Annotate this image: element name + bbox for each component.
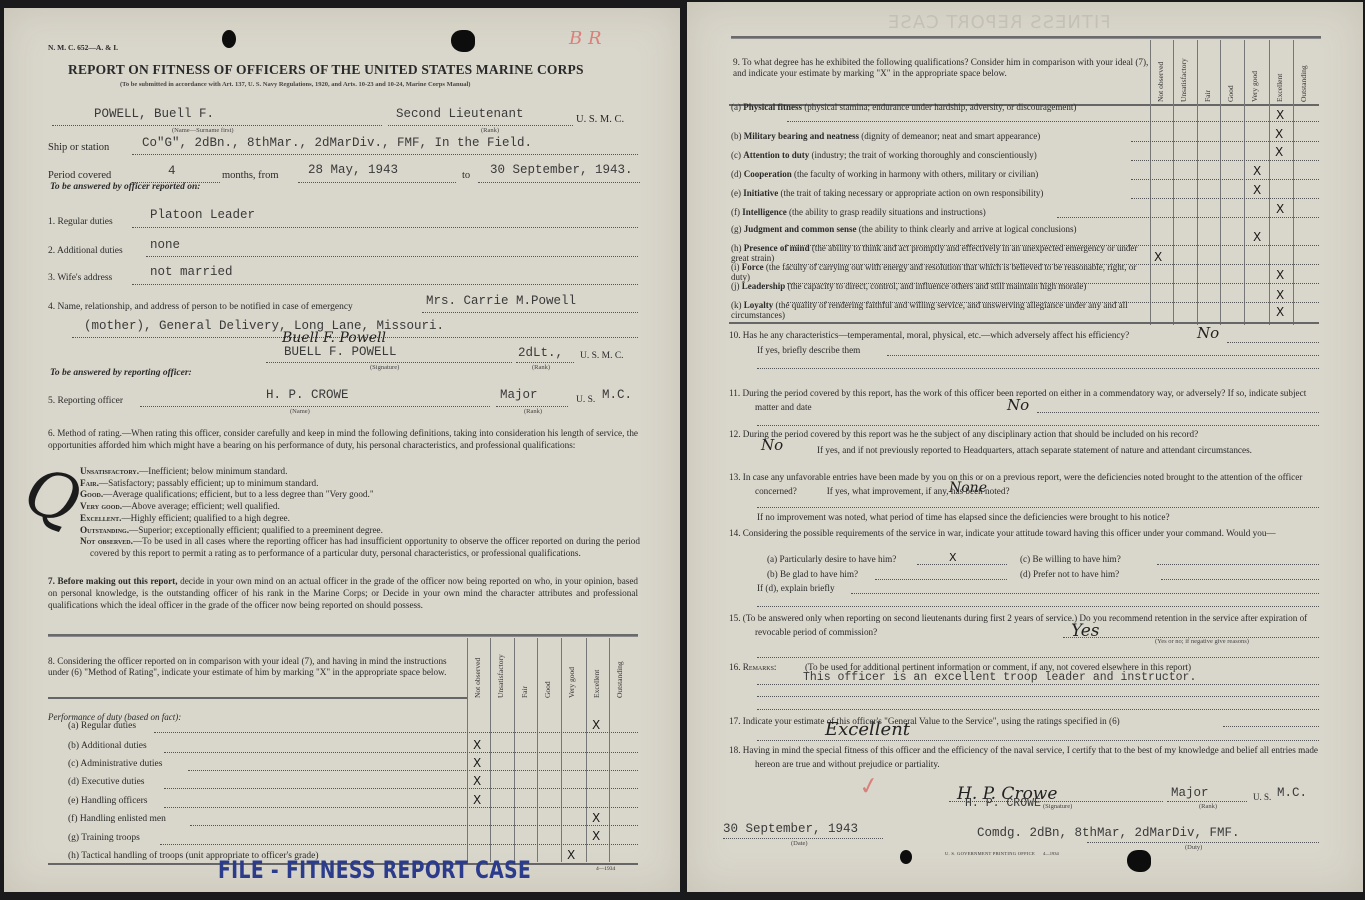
q7-instructions: 7. Before making out this report, decide… — [48, 576, 638, 611]
definition-not-observed: Not observed.—To be used in all cases wh… — [80, 536, 640, 559]
column-unsatisfactory: Unsatisfactory — [496, 646, 505, 698]
q13-answer: None — [949, 480, 987, 496]
definition-outstanding: Outstanding.—Superior; exceptionally eff… — [80, 525, 640, 537]
period-to: 30 September, 1943. — [490, 163, 633, 177]
qualification-row: (f) Intelligence (the ability to grasp r… — [731, 207, 986, 217]
print-code: 4—1934 — [1043, 851, 1059, 856]
duty-caption: (Duty) — [1185, 844, 1202, 851]
rating-mark-excellent: X — [592, 811, 600, 825]
q14-option-d: (d) Prefer not to have him? — [1020, 569, 1119, 579]
definition-good: Good.—Average qualifications; efficient,… — [80, 489, 640, 501]
date-caption: (Date) — [791, 840, 808, 847]
rating-mark-very-good: X — [1253, 230, 1261, 244]
q10-followup: If yes, briefly describe them — [757, 345, 860, 355]
column-good: Good — [543, 674, 552, 698]
rating-mark-not-observed: X — [473, 756, 481, 770]
report-date: 30 September, 1943 — [723, 822, 858, 836]
column-unsatisfactory: Unsatisfactory — [1179, 46, 1188, 102]
q5-name-caption: (Name) — [290, 408, 310, 415]
handwritten-signature: Buell F. Powell — [282, 330, 386, 346]
definition-very-good: Very good.—Above average; efficient; wel… — [80, 501, 640, 513]
q16-label: 16. Remarks: — [729, 662, 776, 672]
bleed-through-text: FITNESS REPORT CASE — [887, 12, 1111, 33]
punch-hole — [900, 850, 912, 864]
punch-hole — [451, 30, 475, 52]
rank-caption: (Rank) — [1199, 803, 1217, 810]
q14-question: 14. Considering the possible requirement… — [729, 527, 1321, 541]
punch-hole — [1127, 850, 1151, 872]
qualification-row: (d) Cooperation (the faculty of working … — [731, 169, 1038, 179]
file-stamp: FILE - FITNESS REPORT CASE — [218, 856, 531, 884]
q2-value: none — [150, 238, 180, 252]
column-good: Good — [1226, 78, 1235, 102]
q18-certification: 18. Having in mind the special fitness o… — [729, 743, 1321, 771]
reporting-rank: Major — [1171, 786, 1209, 800]
performance-row: (f) Handling enlisted men — [68, 814, 166, 824]
period-from: 28 May, 1943 — [308, 163, 398, 177]
q10-answer: No — [1197, 324, 1219, 342]
rating-mark-excellent: X — [1276, 288, 1284, 302]
initials-mark: B R — [569, 28, 602, 49]
rating-mark-very-good: X — [1253, 164, 1261, 178]
signer-rank-caption: (Rank) — [532, 364, 550, 371]
column-excellent: Excellent — [1275, 68, 1284, 102]
rating-mark-excellent: X — [1276, 305, 1284, 319]
column-outstanding: Outstanding — [1299, 54, 1308, 102]
q15-question: 15. (To be answered only when reporting … — [729, 612, 1321, 639]
rating-mark-not-observed: X — [473, 793, 481, 807]
rating-mark-excellent: X — [1275, 145, 1283, 159]
q15-answer: Yes — [1071, 621, 1100, 641]
q4-value-line2: (mother), General Delivery, Long Lane, M… — [84, 319, 444, 333]
q5-suffix-typed: M.C. — [602, 388, 632, 402]
period-months: 4 — [168, 164, 176, 178]
q3-value: not married — [150, 265, 233, 279]
printer-imprint: U. S. GOVERNMENT PRINTING OFFICE — [945, 851, 1035, 856]
qualification-row: (e) Initiative (the trait of taking nece… — [731, 188, 1043, 198]
officer-name: POWELL, Buell F. — [94, 107, 214, 121]
signature-caption: (Signature) — [370, 364, 399, 371]
qualification-row: (a) Physical fitness (physical stamina; … — [731, 102, 1151, 112]
suffix-prefix: U. S. — [1253, 792, 1271, 802]
q17-question: 17. Indicate your estimate of this offic… — [729, 716, 1120, 726]
performance-row: (g) Training troops — [68, 833, 140, 843]
typed-signature: H. P. CROWE — [965, 797, 1041, 810]
typed-signature: BUELL F. POWELL — [284, 345, 397, 359]
suffix-typed: M.C. — [1277, 786, 1307, 800]
q16-remarks-answer: This officer is an excellent troop leade… — [803, 671, 1196, 684]
q3-label: 3. Wife's address — [48, 272, 112, 284]
signature-caption: (Signature) — [1043, 803, 1072, 810]
q4-value-line1: Mrs. Carrie M.Powell — [426, 294, 576, 308]
rating-mark-excellent: X — [1276, 202, 1284, 216]
rating-mark-not-observed: X — [473, 774, 481, 788]
q14-option-a: (a) Particularly desire to have him? — [767, 554, 896, 564]
rating-mark-excellent: X — [1276, 268, 1284, 282]
performance-row: (a) Regular duties — [68, 721, 136, 731]
qualification-row: (c) Attention to duty (industry; the tra… — [731, 150, 1037, 160]
left-page: N. M. C. 652—A. & I. B R REPORT ON FITNE… — [4, 8, 680, 892]
q9-instructions: 9. To what degree has he exhibited the f… — [733, 57, 1149, 79]
rating-mark-excellent: X — [1275, 127, 1283, 141]
qualification-row: (i) Force (the faculty of carrying out w… — [731, 263, 1151, 282]
reporting-duty: Comdg. 2dBn, 8thMar, 2dMarDiv, FMF. — [977, 826, 1240, 840]
qualification-row: (g) Judgment and common sense (the abili… — [731, 225, 1151, 235]
q14-option-b: (b) Be glad to have him? — [767, 569, 858, 579]
performance-row: (b) Additional duties — [68, 741, 147, 751]
q5-label: 5. Reporting officer — [48, 395, 123, 407]
rating-mark-very-good: X — [567, 848, 575, 862]
rating-mark-not-observed: X — [473, 738, 481, 752]
print-code: 4—1934 — [596, 866, 615, 872]
qualification-row: (k) Loyalty (the quality of rendering fa… — [731, 301, 1151, 320]
performance-row: (d) Executive duties — [68, 777, 145, 787]
column-not-observed: Not observed — [1156, 50, 1165, 102]
q5-suffix-prefix: U. S. — [576, 394, 595, 406]
right-page: FITNESS REPORT CASE 9. To what degree ha… — [687, 2, 1363, 892]
q14-option-c: (c) Be willing to have him? — [1020, 554, 1121, 564]
q11-answer: No — [1007, 396, 1029, 414]
column-outstanding: Outstanding — [615, 656, 624, 698]
q5-rank-caption: (Rank) — [524, 408, 542, 415]
q15-caption: (Yes or no; if negative give reasons) — [1155, 638, 1249, 645]
q13-followup2: If no improvement was noted, what period… — [757, 512, 1170, 522]
column-very-good: Very good — [1250, 64, 1259, 102]
ship-value: Co"G", 2dBn., 8thMar., 2dMarDiv., FMF, I… — [142, 136, 532, 150]
name-caption: (Name—Surname first) — [172, 127, 234, 134]
officer-rank: Second Lieutenant — [396, 107, 524, 121]
column-not-observed: Not observed — [473, 646, 482, 698]
signer-suffix: U. S. M. C. — [580, 350, 624, 362]
q14-explain: If (d), explain briefly — [757, 583, 835, 593]
rating-definitions: Unsatisfactory.—Inefficient; below minim… — [80, 466, 640, 560]
q5-rank: Major — [500, 388, 538, 402]
q14-mark: X — [949, 551, 957, 564]
column-fair: Fair — [520, 676, 529, 698]
ship-label: Ship or station — [48, 142, 109, 154]
qualification-row: (j) Leadership (the capacity to direct, … — [731, 282, 1151, 292]
rating-mark-excellent: X — [592, 718, 600, 732]
q2-label: 2. Additional duties — [48, 245, 123, 257]
q10-question: 10. Has he any characteristics—temperame… — [729, 330, 1129, 340]
rating-mark-excellent: X — [592, 829, 600, 843]
qualification-row: (b) Military bearing and neatness (digni… — [731, 131, 1040, 141]
margin-handwritten-mark: Q — [16, 454, 89, 541]
q13-question: 13. In case any unfavorable entries have… — [729, 471, 1321, 498]
q17-answer: Excellent — [825, 719, 910, 740]
q5-name: H. P. CROWE — [266, 388, 349, 402]
rank-caption: (Rank) — [481, 127, 499, 134]
definition-unsatisfactory: Unsatisfactory.—Inefficient; below minim… — [80, 466, 640, 478]
red-checkmark-icon: ✓ — [857, 770, 882, 801]
rating-mark-not-observed: X — [1154, 250, 1162, 264]
months-from-label: months, from — [222, 170, 279, 182]
column-fair: Fair — [1203, 80, 1212, 102]
q4-label: 4. Name, relationship, and address of pe… — [48, 301, 353, 313]
form-subtitle: (To be submitted in accordance with Art.… — [120, 81, 470, 88]
q1-value: Platoon Leader — [150, 208, 255, 222]
rating-mark-very-good: X — [1253, 183, 1261, 197]
definition-excellent: Excellent.—Highly efficient; qualified t… — [80, 513, 640, 525]
column-very-good: Very good — [567, 660, 576, 698]
q1-label: 1. Regular duties — [48, 216, 113, 228]
q8-instructions: 8. Considering the officer reported on i… — [48, 656, 458, 677]
qualification-row: (h) Presence of mind (the ability to thi… — [731, 244, 1151, 263]
form-number: N. M. C. 652—A. & I. — [48, 43, 118, 52]
q12-followup: If yes, and if not previously reported t… — [757, 444, 1319, 458]
punch-hole — [222, 30, 236, 48]
form-title: REPORT ON FITNESS OF OFFICERS OF THE UNI… — [68, 62, 584, 78]
to-label: to — [462, 170, 470, 182]
q12-question: 12. During the period covered by this re… — [729, 429, 1198, 439]
performance-row: (e) Handling officers — [68, 796, 148, 806]
q6-method-of-rating: 6. Method of rating.—When rating this of… — [48, 428, 638, 451]
section-heading-reporting: To be answered by reporting officer: — [50, 367, 192, 379]
signer-rank: 2dLt., — [518, 346, 563, 360]
section-heading-officer: To be answered by officer reported on: — [50, 181, 200, 193]
column-excellent: Excellent — [592, 664, 601, 698]
definition-fair: Fair.—Satisfactory; passably efficient; … — [80, 478, 640, 490]
rating-mark-excellent: X — [1276, 108, 1284, 122]
performance-row: (c) Administrative duties — [68, 759, 162, 769]
service-suffix: U. S. M. C. — [576, 114, 624, 126]
